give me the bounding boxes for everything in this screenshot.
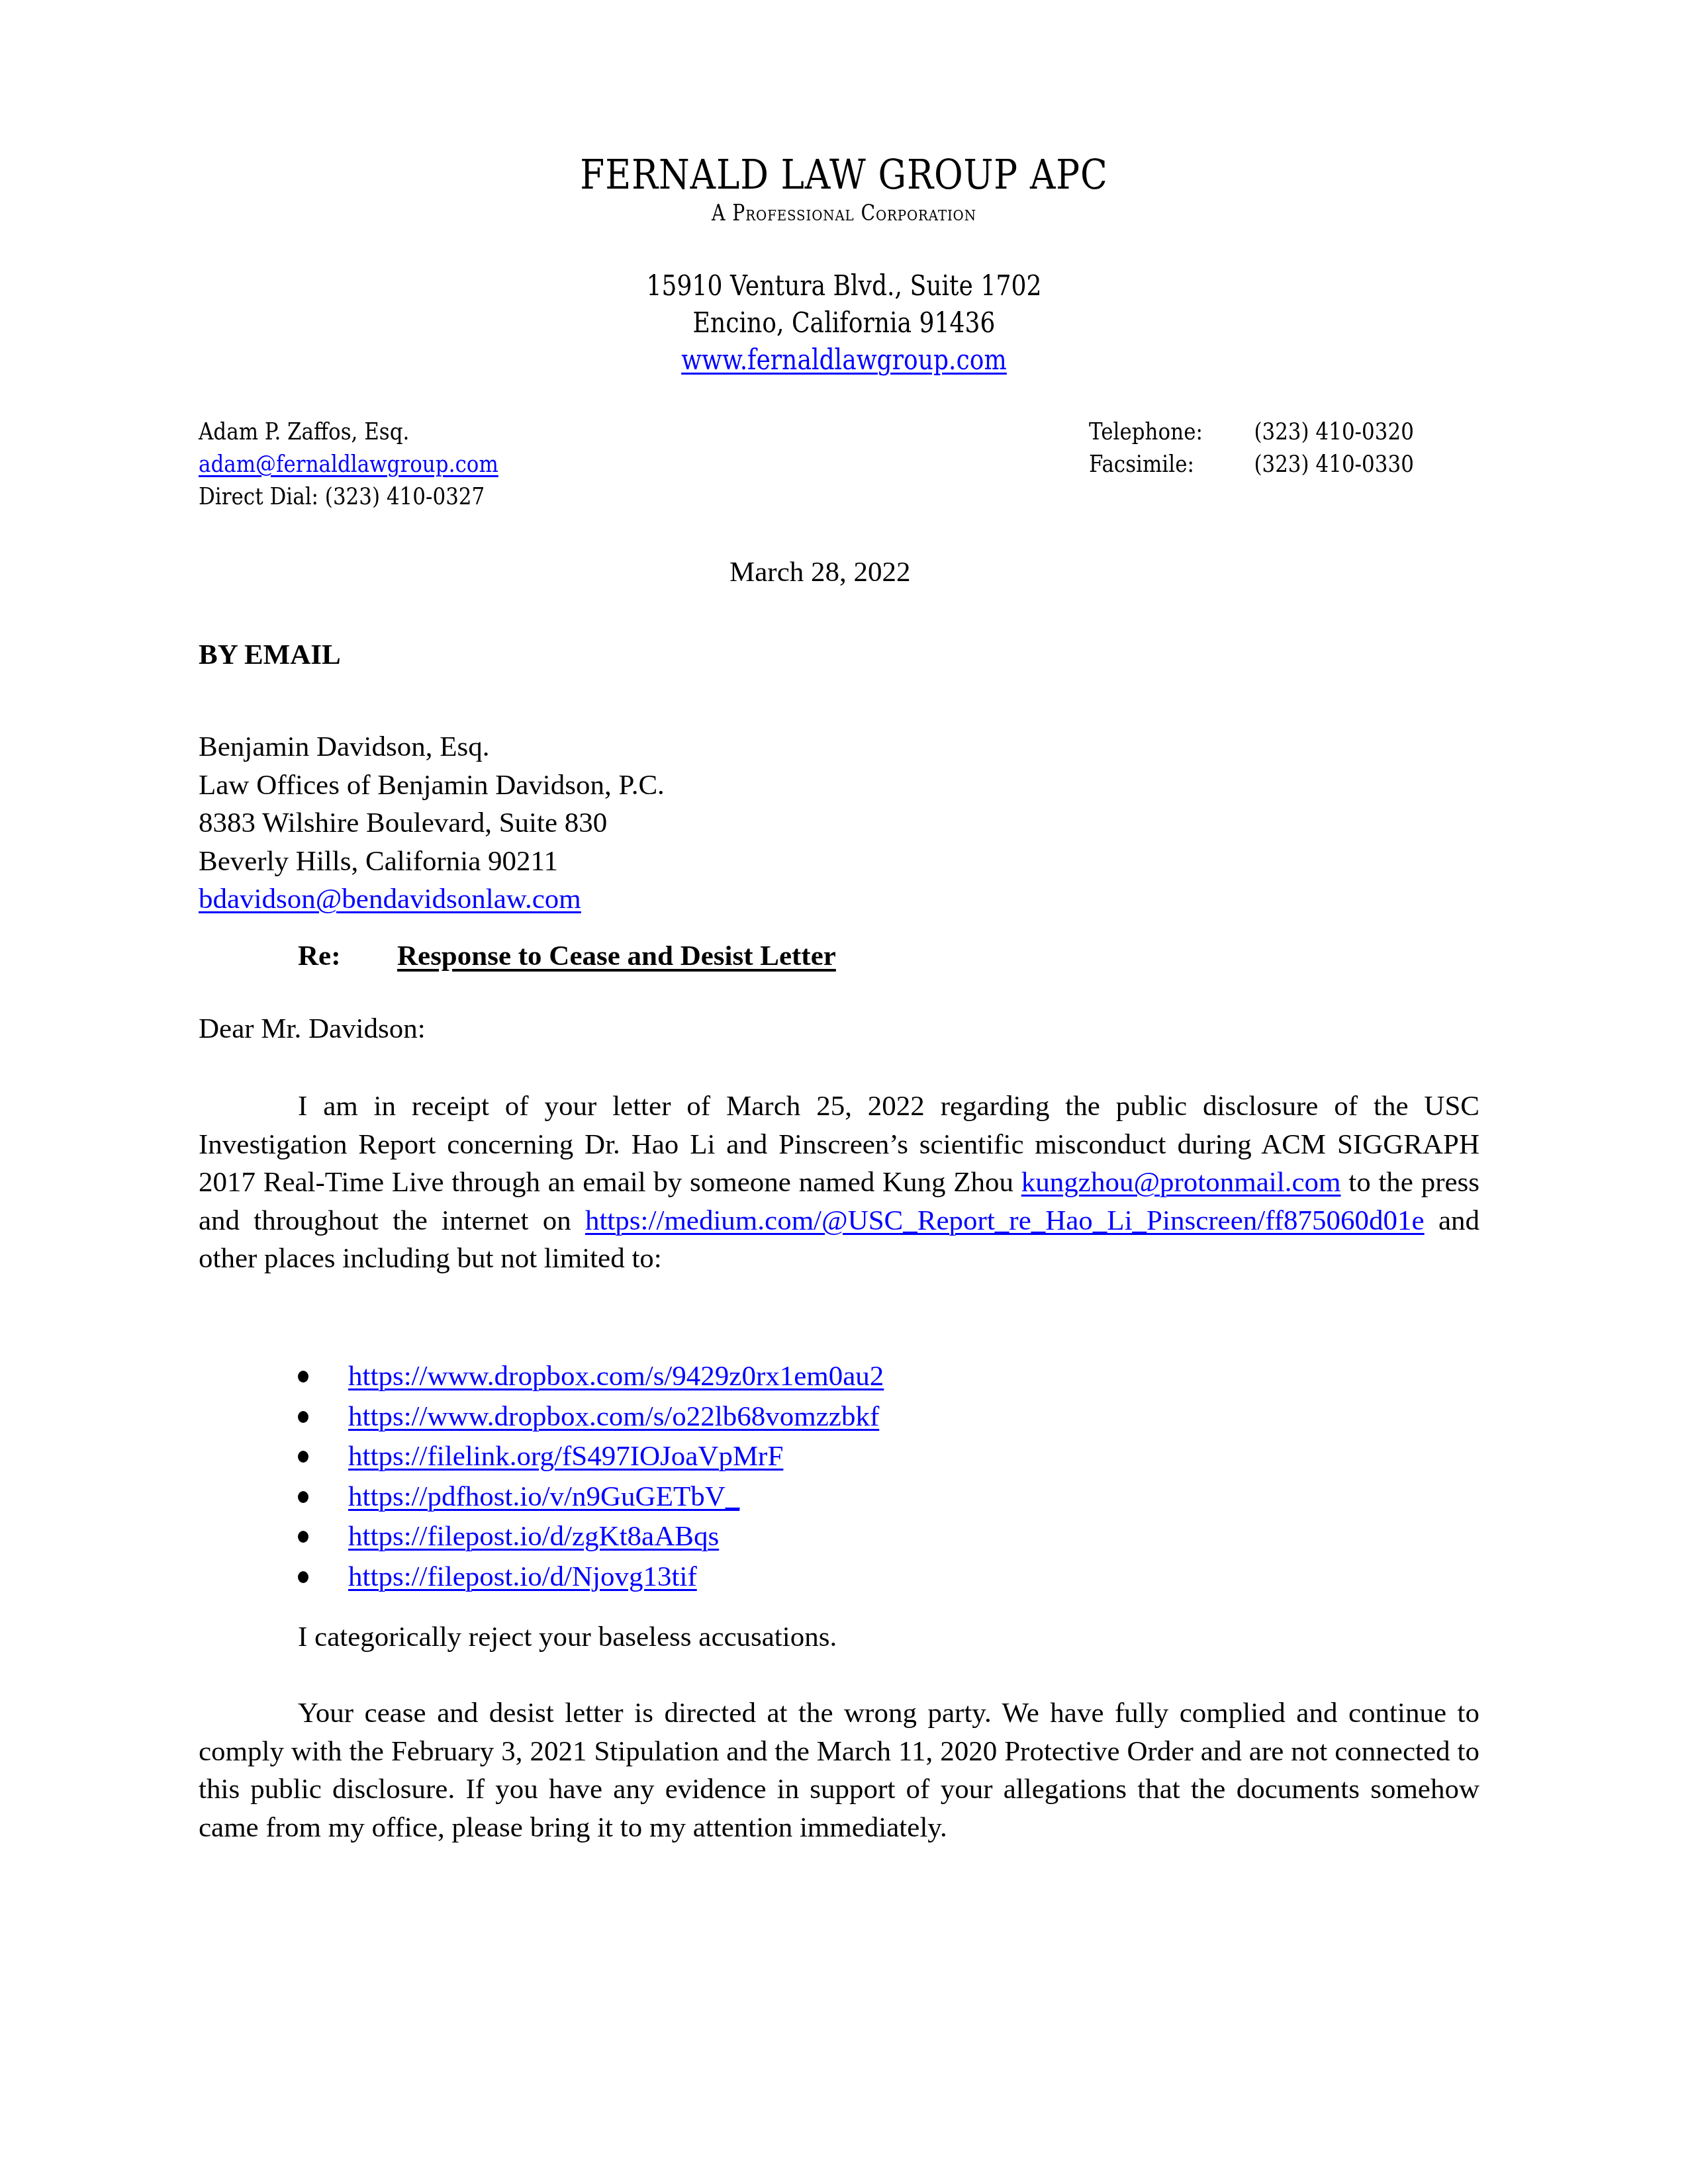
recipient-city: Beverly Hills, California 90211: [199, 842, 665, 881]
sender-email-link[interactable]: adam@fernaldlawgroup.com: [199, 451, 498, 478]
salutation: Dear Mr. Davidson:: [199, 1013, 426, 1045]
bullet-icon: [298, 1371, 308, 1383]
facsimile-number: (323) 410-0330: [1254, 448, 1413, 480]
delivery-method: BY EMAIL: [199, 639, 341, 671]
telephone-number: (323) 410-0320: [1254, 416, 1413, 448]
recipient-street: 8383 Wilshire Boulevard, Suite 830: [199, 804, 665, 842]
paragraph-rejection-text: I categorically reject your baseless acc…: [199, 1618, 1479, 1657]
telephone-row: Telephone: (323) 410-0320: [1089, 416, 1414, 448]
medium-link[interactable]: https://medium.com/@USC_Report_re_Hao_Li…: [585, 1205, 1425, 1236]
recipient-block: Benjamin Davidson, Esq. Law Offices of B…: [199, 728, 665, 919]
recipient-firm: Law Offices of Benjamin Davidson, P.C.: [199, 766, 665, 805]
firm-phone-block: Telephone: (323) 410-0320 Facsimile: (32…: [1089, 416, 1414, 480]
paragraph-rejection: I categorically reject your baseless acc…: [199, 1618, 1479, 1657]
dropbox-link-1[interactable]: https://www.dropbox.com/s/9429z0rx1em0au…: [348, 1357, 884, 1397]
list-item: https://filelink.org/fS497IOJoaVpMrF: [265, 1437, 884, 1477]
firm-address-line2: Encino, California 91436: [118, 304, 1570, 341]
letter-date: March 28, 2022: [729, 556, 910, 588]
recipient-name: Benjamin Davidson, Esq.: [199, 728, 665, 766]
re-subject: Response to Cease and Desist Letter: [397, 940, 836, 972]
recipient-email-link[interactable]: bdavidson@bendavidsonlaw.com: [199, 884, 581, 915]
firm-address-line1: 15910 Ventura Blvd., Suite 1702: [118, 267, 1570, 304]
telephone-label: Telephone:: [1089, 416, 1254, 448]
bullet-icon: [298, 1491, 308, 1503]
filepost-link-2[interactable]: https://filepost.io/d/Njovg13tif: [348, 1557, 697, 1598]
paragraph-wrong-party: Your cease and desist letter is directed…: [199, 1694, 1479, 1846]
list-item: https://filepost.io/d/zgKt8aABqs: [265, 1517, 884, 1557]
bullet-icon: [298, 1571, 308, 1583]
dropbox-link-2[interactable]: https://www.dropbox.com/s/o22lb68vomzzbk…: [348, 1397, 879, 1437]
sender-direct-dial: Direct Dial: (323) 410-0327: [199, 480, 498, 513]
paragraph-receipt: I am in receipt of your letter of March …: [199, 1087, 1479, 1278]
kungzhou-email-link[interactable]: kungzhou@protonmail.com: [1021, 1167, 1341, 1198]
bullet-icon: [298, 1531, 308, 1543]
firm-address: 15910 Ventura Blvd., Suite 1702 Encino, …: [118, 267, 1570, 379]
facsimile-row: Facsimile: (323) 410-0330: [1089, 448, 1414, 480]
bullet-icon: [298, 1411, 308, 1423]
bullet-icon: [298, 1451, 308, 1463]
list-item: https://www.dropbox.com/s/9429z0rx1em0au…: [265, 1357, 884, 1397]
re-line: Re: Response to Cease and Desist Letter: [199, 940, 836, 972]
facsimile-label: Facsimile:: [1089, 448, 1254, 480]
sender-contact: Adam P. Zaffos, Esq. adam@fernaldlawgrou…: [199, 416, 498, 513]
sender-name: Adam P. Zaffos, Esq.: [199, 416, 498, 448]
letter-page: FERNALD LAW GROUP APC A Professional Cor…: [0, 0, 1688, 2184]
filepost-link-1[interactable]: https://filepost.io/d/zgKt8aABqs: [348, 1517, 719, 1557]
firm-website-link[interactable]: www.fernaldlawgroup.com: [681, 343, 1007, 376]
disclosure-link-list: https://www.dropbox.com/s/9429z0rx1em0au…: [265, 1357, 884, 1597]
list-item: https://pdfhost.io/v/n9GuGETbV_: [265, 1477, 884, 1518]
re-label: Re:: [199, 940, 397, 972]
list-item: https://www.dropbox.com/s/o22lb68vomzzbk…: [265, 1397, 884, 1437]
list-item: https://filepost.io/d/Njovg13tif: [265, 1557, 884, 1598]
firm-name: FERNALD LAW GROUP APC: [118, 151, 1570, 199]
paragraph-wrong-party-text: Your cease and desist letter is directed…: [199, 1694, 1479, 1846]
firm-subtitle: A Professional Corporation: [118, 199, 1570, 228]
pdfhost-link[interactable]: https://pdfhost.io/v/n9GuGETbV_: [348, 1477, 739, 1518]
letterhead: FERNALD LAW GROUP APC A Professional Cor…: [0, 151, 1688, 379]
filelink-link[interactable]: https://filelink.org/fS497IOJoaVpMrF: [348, 1437, 783, 1477]
